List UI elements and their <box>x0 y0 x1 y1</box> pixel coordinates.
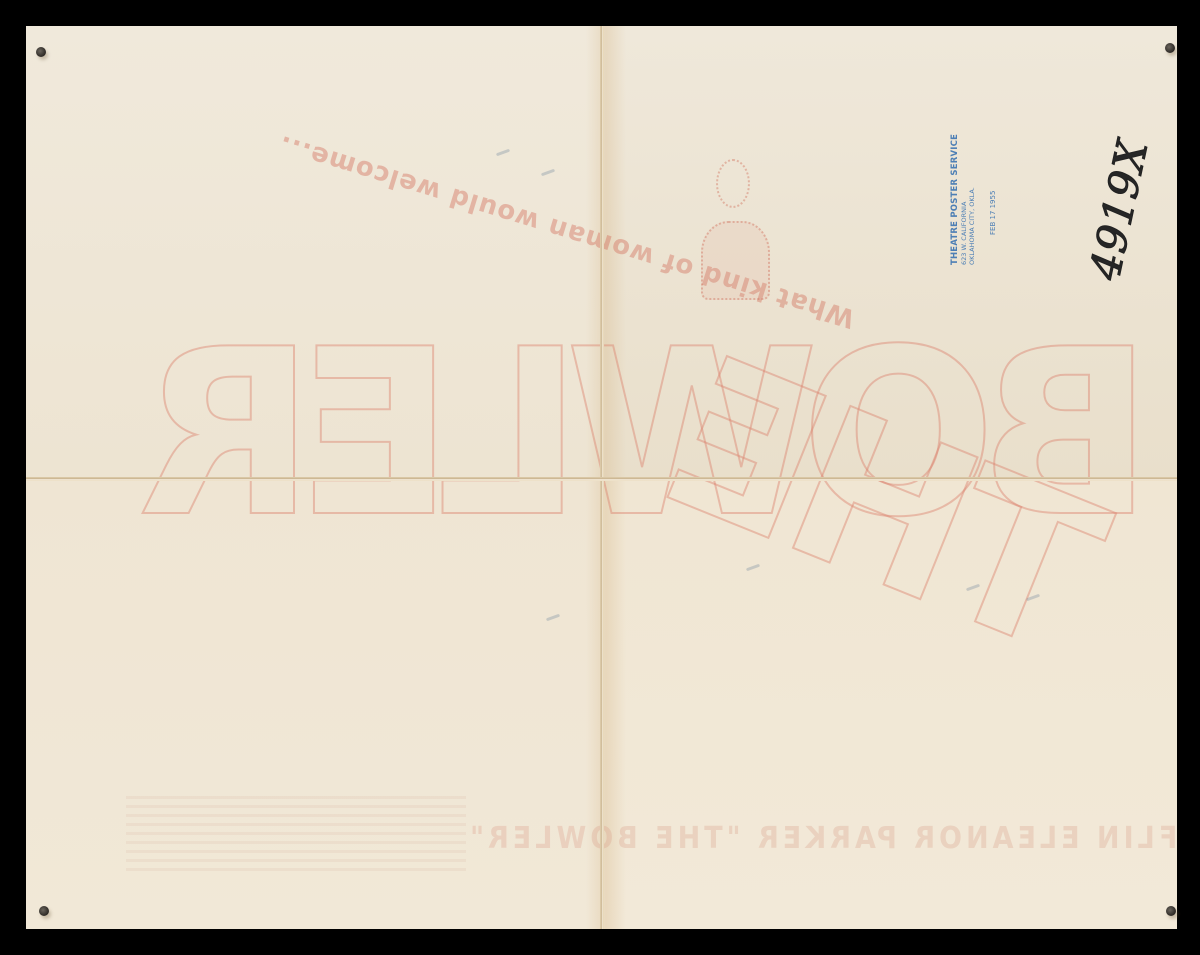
stamp-line-2: 623 W. CALIFORNIA <box>960 155 968 265</box>
portrait-body <box>701 221 770 300</box>
stamp-line-1: THEATRE POSTER SERVICE <box>950 155 960 265</box>
pin-icon <box>1166 906 1176 916</box>
poster-back: What kind of woman would welcome... BOWL… <box>26 26 1177 929</box>
bleed-portrait <box>696 151 776 311</box>
portrait-head <box>716 159 750 208</box>
bleed-credits: HEFLIN ELEANOR PARKER "THE BOWLER" <box>466 821 1177 856</box>
pin-icon <box>36 47 46 57</box>
pin-icon <box>39 906 49 916</box>
stamp-line-3: OKLAHOMA CITY, OKLA. <box>968 155 976 265</box>
pin-icon <box>1165 43 1175 53</box>
handwritten-number: 4919X <box>1078 150 1188 280</box>
horizontal-fold <box>26 477 1177 481</box>
theatre-poster-service-stamp: THEATRE POSTER SERVICE 623 W. CALIFORNIA… <box>950 170 1040 270</box>
stamp-date: FEB 17 1955 <box>988 155 998 265</box>
bleed-small-print <box>126 796 466 876</box>
handwritten-number-text: 4919X <box>1080 135 1157 284</box>
